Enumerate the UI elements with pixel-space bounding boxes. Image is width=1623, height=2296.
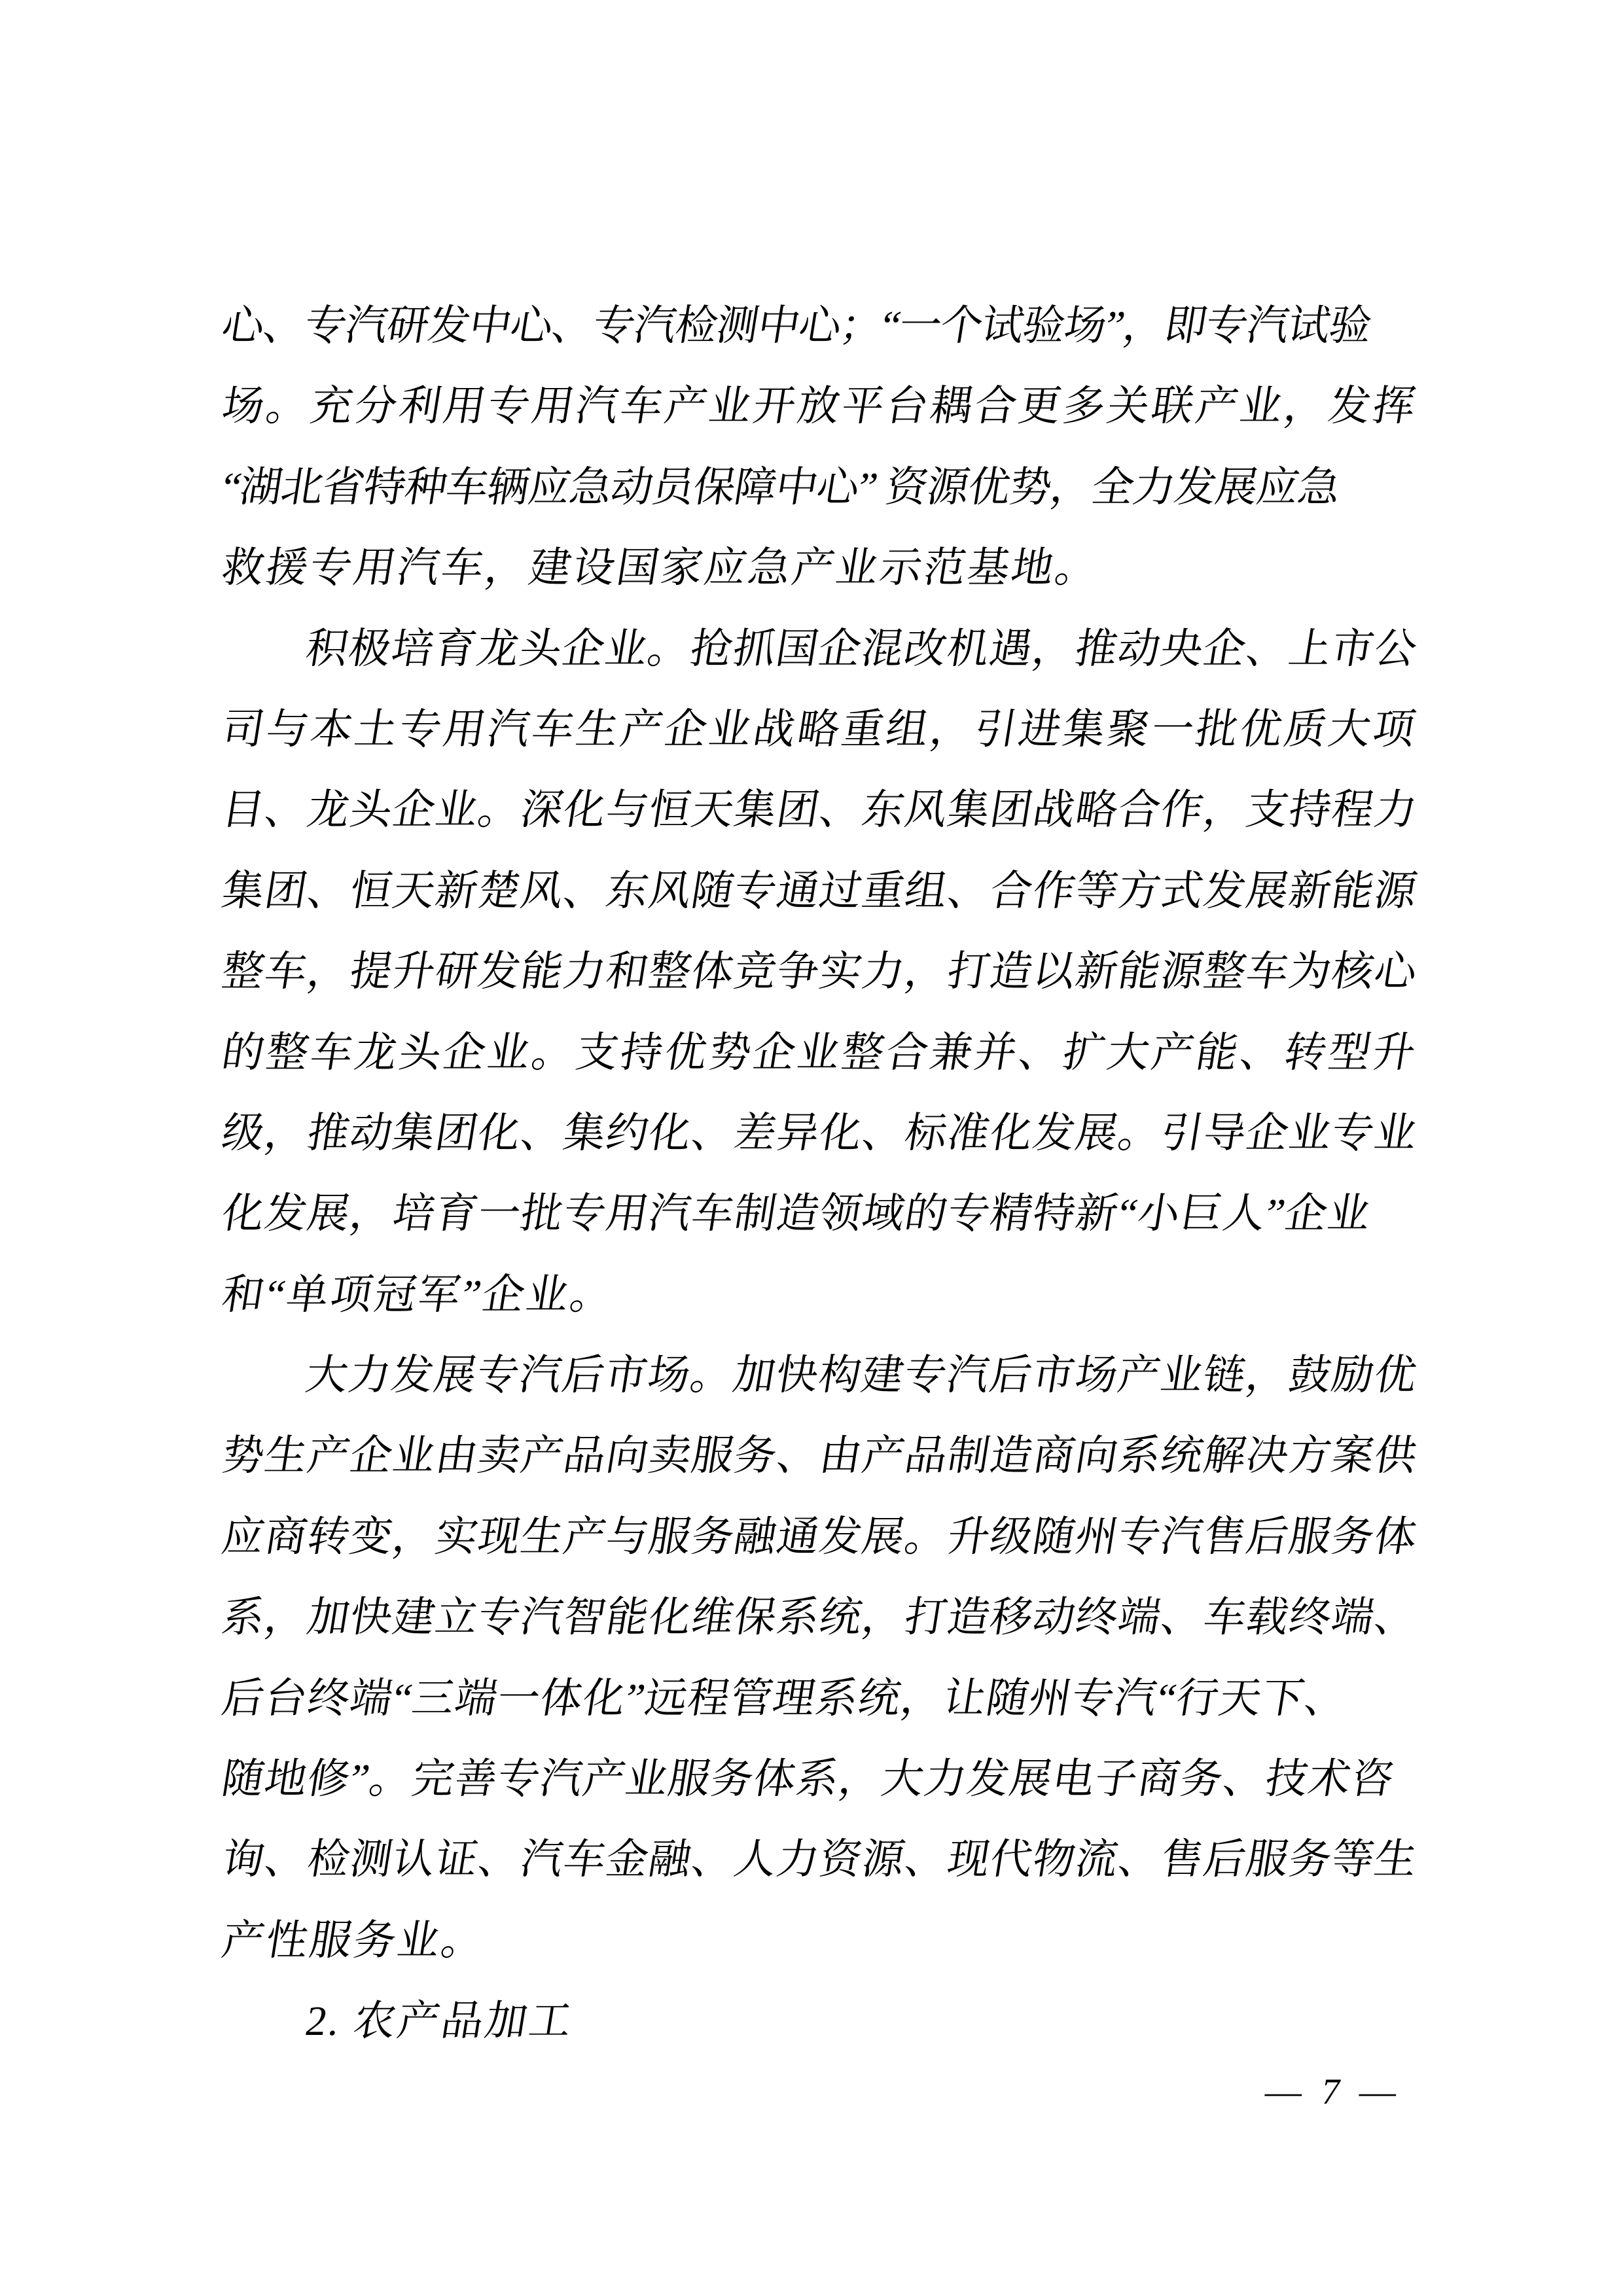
text-line: 救援专用汽车，建设国家应急产业示范基地。 bbox=[216, 527, 1424, 608]
text-line: 场。充分利用专用汽车产业开放平台耦合更多关联产业，发挥 bbox=[216, 366, 1424, 446]
text-line: “湖北省特种车辆应急动员保障中心” 资源优势，全力发展应急 bbox=[216, 447, 1424, 527]
text-line: 应商转变，实现生产与服务融通发展。升级随州专汽售后服务体 bbox=[216, 1496, 1424, 1577]
text-line: 级，推动集团化、集约化、差异化、标准化发展。引导企业专业 bbox=[216, 1093, 1424, 1173]
text-line: 大力发展专汽后市场。加快构建专汽后市场产业链，鼓励优 bbox=[216, 1335, 1424, 1415]
text-line: 系，加快建立专汽智能化维保系统，打造移动终端、车载终端、 bbox=[216, 1577, 1424, 1657]
text-line: 集团、恒天新楚风、东风随专通过重组、合作等方式发展新能源 bbox=[216, 851, 1424, 931]
text-line: 目、龙头企业。深化与恒天集团、东风集团战略合作，支持程力 bbox=[216, 769, 1424, 850]
document-page: 心、专汽研发中心、专汽检测中心；“一个试验场”，即专汽试验场。充分利用专用汽车产… bbox=[0, 0, 1623, 2296]
text-line: 司与本土专用汽车生产企业战略重组，引进集聚一批优质大项 bbox=[216, 689, 1424, 769]
text-line: 势生产企业由卖产品向卖服务、由产品制造商向系统解决方案供 bbox=[216, 1415, 1424, 1496]
text-line: 心、专汽研发中心、专汽检测中心；“一个试验场”，即专汽试验 bbox=[216, 285, 1424, 366]
text-line: 询、检测认证、汽车金融、人力资源、现代物流、售后服务等生 bbox=[216, 1819, 1424, 1899]
text-line: 积极培育龙头企业。抢抓国企混改机遇，推动央企、上市公 bbox=[216, 609, 1424, 689]
text-line: 2. 农产品加工 bbox=[216, 1981, 1424, 2061]
page-number: — 7 — bbox=[1262, 2069, 1405, 2115]
text-line: 后台终端“三端一体化”远程管理系统，让随州专汽“行天下、 bbox=[216, 1658, 1424, 1739]
page-footer: — 7 — bbox=[1262, 2069, 1524, 2115]
text-line: 的整车龙头企业。支持优势企业整合兼并、扩大产能、转型升 bbox=[216, 1012, 1424, 1093]
text-line: 化发展，培育一批专用汽车制造领域的专精特新“小巨人”企业 bbox=[216, 1173, 1424, 1254]
text-line: 和“单项冠军”企业。 bbox=[216, 1254, 1424, 1335]
text-line: 随地修”。完善专汽产业服务体系，大力发展电子商务、技术咨 bbox=[216, 1739, 1424, 1819]
document-text-block: 心、专汽研发中心、专汽检测中心；“一个试验场”，即专汽试验场。充分利用专用汽车产… bbox=[216, 285, 1411, 2062]
text-line: 产性服务业。 bbox=[216, 1900, 1424, 1981]
text-line: 整车，提升研发能力和整体竞争实力，打造以新能源整车为核心 bbox=[216, 931, 1424, 1012]
